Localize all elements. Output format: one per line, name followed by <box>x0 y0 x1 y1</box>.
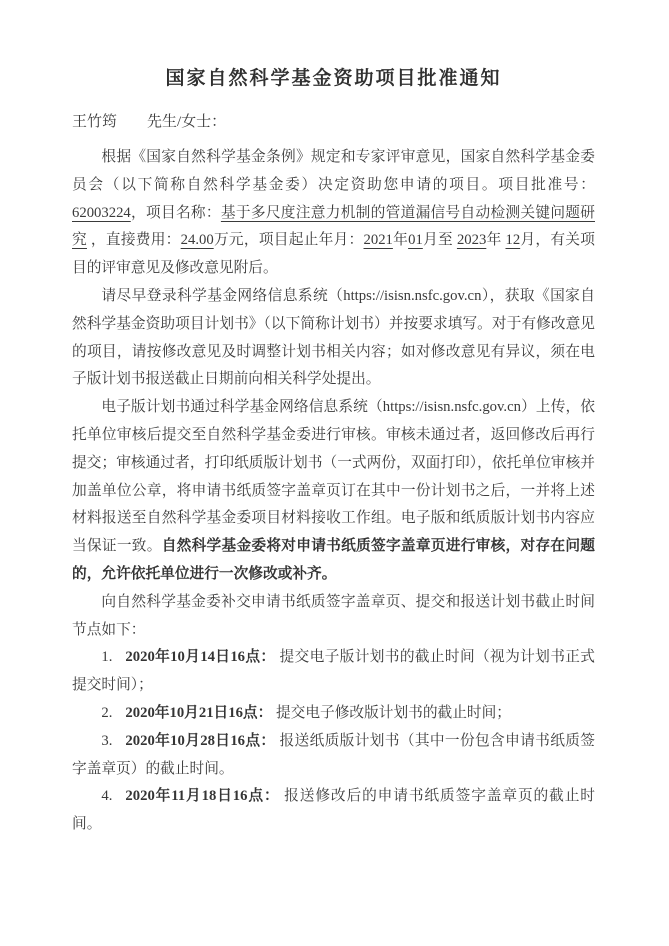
text-run-normal: 根据《国家自然科学基金条例》规定和专家评审意见，国家自然科学基金委员会（以下简称… <box>72 149 595 193</box>
text-run-normal: ，直接费用： <box>87 232 181 248</box>
text-run-bold: 2020年10月14日16点： <box>125 649 275 665</box>
text-run-num: 1. <box>101 649 112 665</box>
text-run-normal: ，项目名称： <box>131 205 221 221</box>
body-paragraph: 请尽早登录科学基金网络信息系统（https://isisn.nsfc.gov.c… <box>72 283 595 394</box>
text-run-normal: 电子版计划书通过科学基金网络信息系统（https://isisn.nsfc.go… <box>72 399 595 554</box>
body-paragraph: 根据《国家自然科学基金条例》规定和专家评审意见，国家自然科学基金委员会（以下简称… <box>72 144 595 283</box>
text-run-num: 4. <box>101 788 112 804</box>
recipient-name: 王竹筠 <box>72 114 117 130</box>
salutation-line: 王竹筠先生/女士： <box>72 108 595 136</box>
document-page: 国家自然科学基金资助项目批准通知 王竹筠先生/女士： 根据《国家自然科学基金条例… <box>0 0 669 946</box>
deadline-list-item: 3.2020年10月28日16点： 报送纸质版计划书（其中一份包含申请书纸质签字… <box>72 728 595 784</box>
text-run-bold: 2020年10月21日16点： <box>125 705 272 721</box>
text-run-normal: 万元，项目起止年月： <box>214 232 364 248</box>
text-run-normal: 月至 <box>423 232 457 248</box>
body-paragraph: 向自然科学基金委补交申请书纸质签字盖章页、提交和报送计划书截止时间节点如下： <box>72 589 595 645</box>
body-paragraph: 电子版计划书通过科学基金网络信息系统（https://isisn.nsfc.go… <box>72 394 595 589</box>
text-run-bold: 2020年11月18日16点： <box>125 788 279 804</box>
text-run-underline: 24.00 <box>181 232 214 248</box>
text-run-normal: 向自然科学基金委补交申请书纸质签字盖章页、提交和报送计划书截止时间节点如下： <box>72 594 595 638</box>
deadline-list-item: 2.2020年10月21日16点： 提交电子修改版计划书的截止时间； <box>72 700 595 728</box>
text-run-underline: 12 <box>505 232 520 248</box>
text-run-normal: 提交电子修改版计划书的截止时间； <box>272 705 511 721</box>
text-run-num: 3. <box>101 733 112 749</box>
deadline-list-item: 1.2020年10月14日16点： 提交电子版计划书的截止时间（视为计划书正式提… <box>72 644 595 700</box>
text-run-normal: 年 <box>393 232 408 248</box>
text-run-normal: 请尽早登录科学基金网络信息系统（https://isisn.nsfc.gov.c… <box>72 288 595 387</box>
text-run-normal: 年 <box>486 232 505 248</box>
salutation-suffix: 先生/女士： <box>147 114 226 130</box>
deadline-list-item: 4.2020年11月18日16点： 报送修改后的申请书纸质签字盖章页的截止时间。 <box>72 783 595 839</box>
text-run-underline: 2021 <box>364 232 393 248</box>
text-run-underline: 01 <box>408 232 423 248</box>
text-run-bold: 2020年10月28日16点： <box>125 733 275 749</box>
text-run-num: 2. <box>101 705 112 721</box>
document-body: 根据《国家自然科学基金条例》规定和专家评审意见，国家自然科学基金委员会（以下简称… <box>72 144 595 839</box>
notice-title: 国家自然科学基金资助项目批准通知 <box>72 66 595 92</box>
text-run-underline: 62003224 <box>72 205 131 221</box>
text-run-underline: 2023 <box>457 232 486 248</box>
